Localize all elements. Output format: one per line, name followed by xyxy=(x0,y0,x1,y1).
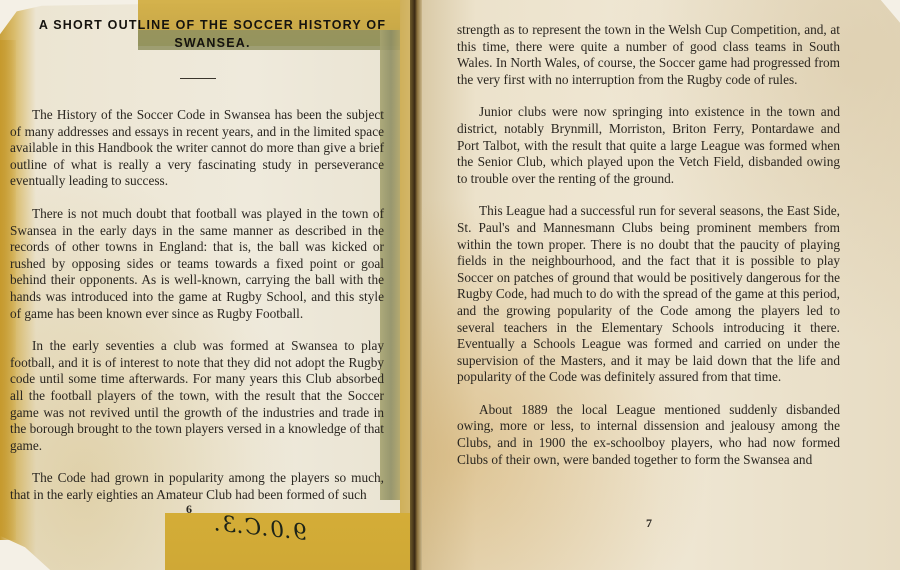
paragraph: About 1889 the local League mentioned su… xyxy=(457,402,840,468)
paragraph: strength as to represent the town in the… xyxy=(457,22,840,88)
paragraph: In the early seventies a club was formed… xyxy=(10,338,384,454)
title-divider xyxy=(180,78,216,79)
page-number-right: 7 xyxy=(646,516,652,531)
paragraph: The Code had grown in popularity among t… xyxy=(10,470,384,503)
paragraph: There is not much doubt that football wa… xyxy=(10,206,384,322)
right-page-body: strength as to represent the town in the… xyxy=(457,22,840,468)
book-spine-gutter xyxy=(410,0,422,570)
booklet-spread: A SHORT OUTLINE OF THE SOCCER HISTORY OF… xyxy=(0,0,900,570)
page-number-left: 6 xyxy=(186,502,192,517)
left-page-body: The History of the Soccer Code in Swanse… xyxy=(10,107,384,503)
paragraph: The History of the Soccer Code in Swanse… xyxy=(10,107,384,190)
paragraph: Junior clubs were now springing into exi… xyxy=(457,104,840,187)
page-title: A SHORT OUTLINE OF THE SOCCER HISTORY OF… xyxy=(30,16,395,52)
paragraph: This League had a successful run for sev… xyxy=(457,203,840,386)
